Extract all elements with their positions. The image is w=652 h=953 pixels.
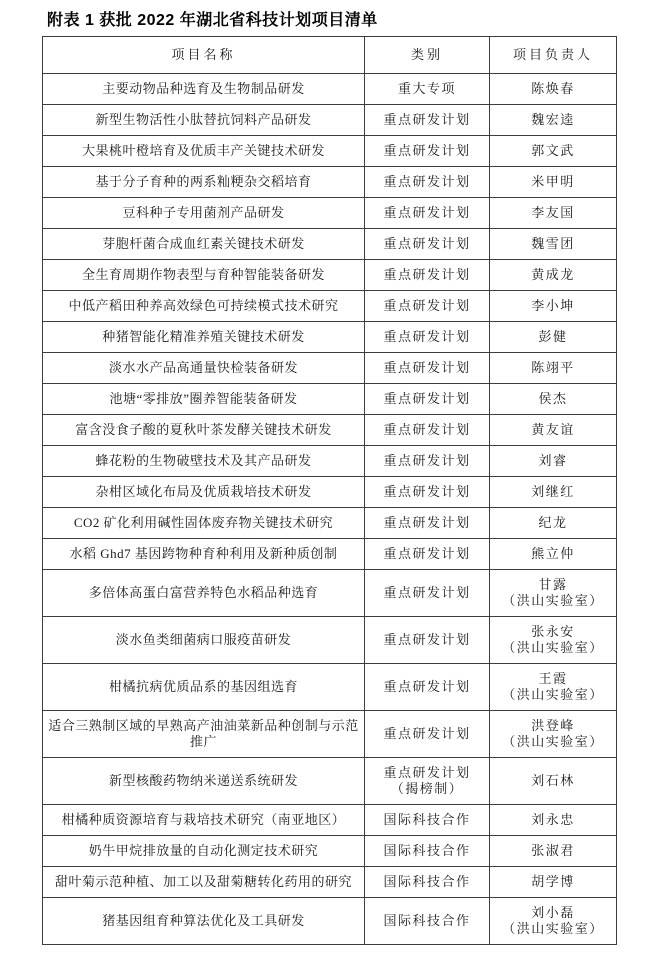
project-name: 适合三熟制区域的早熟高产油油菜新品种创制与示范推广: [48, 718, 359, 749]
leader-cell: 刘继红: [490, 477, 617, 508]
leader-cell: 陈焕春: [490, 74, 617, 105]
table-row: 甜叶菊示范种植、加工以及甜菊糖转化药用的研究 国际科技合作 胡学博: [43, 867, 617, 898]
project-name: 多倍体高蛋白富营养特色水稻品种选育: [89, 585, 319, 600]
project-name-cell: 适合三熟制区域的早熟高产油油菜新品种创制与示范推广: [43, 711, 365, 758]
project-name: 新型核酸药物纳米递送系统研发: [109, 773, 298, 788]
leader: 彭健: [538, 329, 567, 344]
category: 重点研发计划: [383, 585, 470, 600]
table-row: 淡水鱼类细菌病口服疫苗研发 重点研发计划 张永安 （洪山实验室）: [43, 617, 617, 664]
project-name-cell: 种猪智能化精准养殖关键技术研发: [43, 322, 365, 353]
category-cell: 重点研发计划: [365, 508, 490, 539]
project-name-cell: 淡水水产品高通量快检装备研发: [43, 353, 365, 384]
category-cell: 重点研发计划: [365, 539, 490, 570]
category-cell: 国际科技合作: [365, 836, 490, 867]
table-row: 基于分子育种的两系籼粳杂交稻培育 重点研发计划 米甲明: [43, 167, 617, 198]
table-row: 大果桃叶橙培育及优质丰产关键技术研发 重点研发计划 郭文武: [43, 136, 617, 167]
project-name-cell: 猪基因组育种算法优化及工具研发: [43, 898, 365, 945]
leader-cell: 李小坤: [490, 291, 617, 322]
leader: 洪登峰: [531, 718, 575, 733]
project-name-cell: 甜叶菊示范种植、加工以及甜菊糖转化药用的研究: [43, 867, 365, 898]
table-row: 富含没食子酸的夏秋叶茶发酵关键技术研发 重点研发计划 黄友谊: [43, 415, 617, 446]
leader: 李小坤: [531, 298, 575, 313]
leader: 王霞: [538, 671, 567, 686]
leader: 魏雪团: [531, 236, 575, 251]
table-row: 猪基因组育种算法优化及工具研发 国际科技合作 刘小磊 （洪山实验室）: [43, 898, 617, 945]
project-name: 池塘“零排放”圈养智能装备研发: [109, 391, 297, 406]
category: 重点研发计划: [383, 329, 470, 344]
category-cell: 重点研发计划: [365, 198, 490, 229]
project-name: 甜叶菊示范种植、加工以及甜菊糖转化药用的研究: [55, 874, 352, 889]
header-row: 项目名称 类别 项目负责人: [43, 37, 617, 74]
leader: 黄友谊: [531, 422, 575, 437]
category-cell: 重点研发计划: [365, 664, 490, 711]
table-row: 适合三熟制区域的早熟高产油油菜新品种创制与示范推广 重点研发计划 洪登峰 （洪山…: [43, 711, 617, 758]
leader-cell: 洪登峰 （洪山实验室）: [490, 711, 617, 758]
header-leader: 项目负责人: [490, 37, 617, 74]
document-page: 附表 1 获批 2022 年湖北省科技计划项目清单 项目名称 类别 项目负责人 …: [0, 0, 652, 953]
table-row: 芽胞杆菌合成血红素关键技术研发 重点研发计划 魏雪团: [43, 229, 617, 260]
leader: 刘石林: [531, 773, 575, 788]
category-cell: 重大专项: [365, 74, 490, 105]
leader-cell: 彭健: [490, 322, 617, 353]
table-row: 全生育周期作物表型与育种智能装备研发 重点研发计划 黄成龙: [43, 260, 617, 291]
project-name-cell: 大果桃叶橙培育及优质丰产关键技术研发: [43, 136, 365, 167]
leader: 黄成龙: [531, 267, 575, 282]
category: 重点研发计划: [383, 422, 470, 437]
leader-note: （洪山实验室）: [494, 687, 612, 703]
table-row: 新型生物活性小肽替抗饲料产品研发 重点研发计划 魏宏逵: [43, 105, 617, 136]
leader: 刘小磊: [531, 905, 575, 920]
project-name: 蜂花粉的生物破壁技术及其产品研发: [95, 453, 311, 468]
project-name: 全生育周期作物表型与育种智能装备研发: [82, 267, 325, 282]
table-row: 主要动物品种选育及生物制品研发 重大专项 陈焕春: [43, 74, 617, 105]
leader: 陈焕春: [531, 81, 575, 96]
leader-cell: 张永安 （洪山实验室）: [490, 617, 617, 664]
project-name: 芽胞杆菌合成血红素关键技术研发: [102, 236, 305, 251]
category-cell: 重点研发计划: [365, 105, 490, 136]
project-name-cell: 柑橘抗病优质品系的基因组选育: [43, 664, 365, 711]
table-row: 多倍体高蛋白富营养特色水稻品种选育 重点研发计划 甘露 （洪山实验室）: [43, 570, 617, 617]
project-name: 富含没食子酸的夏秋叶茶发酵关键技术研发: [75, 422, 332, 437]
category: 重点研发计划: [383, 360, 470, 375]
table-row: 杂柑区域化布局及优质栽培技术研发 重点研发计划 刘继红: [43, 477, 617, 508]
category-cell: 重点研发计划: [365, 415, 490, 446]
leader-cell: 刘睿: [490, 446, 617, 477]
project-name-cell: 基于分子育种的两系籼粳杂交稻培育: [43, 167, 365, 198]
category-cell: 重点研发计划: [365, 353, 490, 384]
leader: 刘永忠: [531, 812, 575, 827]
project-name: 柑橘种质资源培育与栽培技术研究（南亚地区）: [62, 812, 346, 827]
project-name: 水稻 Ghd7 基因跨物种育种利用及新种质创制: [70, 546, 338, 561]
leader-cell: 陈翊平: [490, 353, 617, 384]
category: 重点研发计划: [383, 515, 470, 530]
table-row: 新型核酸药物纳米递送系统研发 重点研发计划 （揭榜制） 刘石林: [43, 758, 617, 805]
leader-cell: 刘永忠: [490, 805, 617, 836]
category-cell: 重点研发计划: [365, 570, 490, 617]
category: 重点研发计划: [383, 546, 470, 561]
leader-cell: 张淑君: [490, 836, 617, 867]
category-cell: 国际科技合作: [365, 867, 490, 898]
category: 重点研发计划: [383, 205, 470, 220]
leader-cell: 黄友谊: [490, 415, 617, 446]
leader-cell: 纪龙: [490, 508, 617, 539]
project-name-cell: 豆科种子专用菌剂产品研发: [43, 198, 365, 229]
leader-cell: 胡学博: [490, 867, 617, 898]
table-row: 中低产稻田种养高效绿色可持续模式技术研究 重点研发计划 李小坤: [43, 291, 617, 322]
table-row: 柑橘种质资源培育与栽培技术研究（南亚地区） 国际科技合作 刘永忠: [43, 805, 617, 836]
category: 国际科技合作: [383, 843, 470, 858]
category-cell: 重点研发计划: [365, 322, 490, 353]
project-name-cell: 多倍体高蛋白富营养特色水稻品种选育: [43, 570, 365, 617]
table-row: 柑橘抗病优质品系的基因组选育 重点研发计划 王霞 （洪山实验室）: [43, 664, 617, 711]
table-row: 池塘“零排放”圈养智能装备研发 重点研发计划 侯杰: [43, 384, 617, 415]
leader-cell: 魏宏逵: [490, 105, 617, 136]
leader-cell: 熊立仲: [490, 539, 617, 570]
category: 国际科技合作: [383, 874, 470, 889]
leader-cell: 刘石林: [490, 758, 617, 805]
leader: 刘继红: [531, 484, 575, 499]
project-name: 基于分子育种的两系籼粳杂交稻培育: [95, 174, 311, 189]
table-row: 蜂花粉的生物破壁技术及其产品研发 重点研发计划 刘睿: [43, 446, 617, 477]
project-name: 豆科种子专用菌剂产品研发: [122, 205, 284, 220]
header-category: 类别: [365, 37, 490, 74]
leader: 张淑君: [531, 843, 575, 858]
table-body: 主要动物品种选育及生物制品研发 重大专项 陈焕春 新型生物活性小肽替抗饲料产品研…: [43, 74, 617, 945]
project-name-cell: 柑橘种质资源培育与栽培技术研究（南亚地区）: [43, 805, 365, 836]
leader-cell: 黄成龙: [490, 260, 617, 291]
category: 重点研发计划: [383, 236, 470, 251]
table-row: CO2 矿化利用碱性固体废弃物关键技术研究 重点研发计划 纪龙: [43, 508, 617, 539]
project-name: 奶牛甲烷排放量的自动化测定技术研究: [89, 843, 319, 858]
project-table: 项目名称 类别 项目负责人 主要动物品种选育及生物制品研发 重大专项 陈焕春 新…: [42, 36, 617, 945]
leader: 刘睿: [538, 453, 567, 468]
leader: 纪龙: [538, 515, 567, 530]
project-name: 淡水水产品高通量快检装备研发: [109, 360, 298, 375]
project-name: 新型生物活性小肽替抗饲料产品研发: [95, 112, 311, 127]
category-cell: 重点研发计划 （揭榜制）: [365, 758, 490, 805]
category: 重点研发计划: [383, 453, 470, 468]
project-name-cell: 杂柑区域化布局及优质栽培技术研发: [43, 477, 365, 508]
leader-cell: 侯杰: [490, 384, 617, 415]
table-row: 奶牛甲烷排放量的自动化测定技术研究 国际科技合作 张淑君: [43, 836, 617, 867]
category: 重点研发计划: [383, 726, 470, 741]
category-cell: 重点研发计划: [365, 167, 490, 198]
category: 重点研发计划: [383, 298, 470, 313]
category: 国际科技合作: [383, 812, 470, 827]
category: 重点研发计划: [383, 267, 470, 282]
category: 重点研发计划: [383, 765, 470, 780]
category: 重点研发计划: [383, 174, 470, 189]
page-title: 附表 1 获批 2022 年湖北省科技计划项目清单: [0, 0, 652, 36]
category: 重大专项: [398, 81, 456, 96]
leader: 张永安: [531, 624, 575, 639]
category: 重点研发计划: [383, 391, 470, 406]
table-row: 淡水水产品高通量快检装备研发 重点研发计划 陈翊平: [43, 353, 617, 384]
table-header: 项目名称 类别 项目负责人: [43, 37, 617, 74]
project-name-cell: 全生育周期作物表型与育种智能装备研发: [43, 260, 365, 291]
table-row: 种猪智能化精准养殖关键技术研发 重点研发计划 彭健: [43, 322, 617, 353]
leader: 陈翊平: [531, 360, 575, 375]
category-cell: 重点研发计划: [365, 617, 490, 664]
project-name-cell: 水稻 Ghd7 基因跨物种育种利用及新种质创制: [43, 539, 365, 570]
leader: 胡学博: [531, 874, 575, 889]
project-name: CO2 矿化利用碱性固体废弃物关键技术研究: [74, 515, 333, 530]
leader: 郭文武: [531, 143, 575, 158]
leader: 魏宏逵: [531, 112, 575, 127]
leader-cell: 米甲明: [490, 167, 617, 198]
category-cell: 国际科技合作: [365, 805, 490, 836]
project-name: 杂柑区域化布局及优质栽培技术研发: [95, 484, 311, 499]
category: 重点研发计划: [383, 143, 470, 158]
project-name: 大果桃叶橙培育及优质丰产关键技术研发: [82, 143, 325, 158]
project-name-cell: 主要动物品种选育及生物制品研发: [43, 74, 365, 105]
category-cell: 重点研发计划: [365, 477, 490, 508]
leader: 甘露: [538, 577, 567, 592]
category-cell: 国际科技合作: [365, 898, 490, 945]
project-name-cell: 淡水鱼类细菌病口服疫苗研发: [43, 617, 365, 664]
leader-cell: 甘露 （洪山实验室）: [490, 570, 617, 617]
leader-note: （洪山实验室）: [494, 921, 612, 937]
leader-note: （洪山实验室）: [494, 593, 612, 609]
category-cell: 重点研发计划: [365, 446, 490, 477]
category-cell: 重点研发计划: [365, 136, 490, 167]
project-name: 猪基因组育种算法优化及工具研发: [102, 913, 305, 928]
project-name: 主要动物品种选育及生物制品研发: [102, 81, 305, 96]
project-name: 淡水鱼类细菌病口服疫苗研发: [116, 632, 292, 647]
leader: 李友国: [531, 205, 575, 220]
project-name-cell: 奶牛甲烷排放量的自动化测定技术研究: [43, 836, 365, 867]
category-cell: 重点研发计划: [365, 711, 490, 758]
category-cell: 重点研发计划: [365, 229, 490, 260]
category: 重点研发计划: [383, 112, 470, 127]
project-name-cell: 芽胞杆菌合成血红素关键技术研发: [43, 229, 365, 260]
category-cell: 重点研发计划: [365, 291, 490, 322]
leader-cell: 郭文武: [490, 136, 617, 167]
table-row: 水稻 Ghd7 基因跨物种育种利用及新种质创制 重点研发计划 熊立仲: [43, 539, 617, 570]
category: 重点研发计划: [383, 632, 470, 647]
category: 重点研发计划: [383, 679, 470, 694]
leader: 侯杰: [538, 391, 567, 406]
category-cell: 重点研发计划: [365, 384, 490, 415]
leader-note: （洪山实验室）: [494, 734, 612, 750]
project-name-cell: 新型核酸药物纳米递送系统研发: [43, 758, 365, 805]
table-row: 豆科种子专用菌剂产品研发 重点研发计划 李友国: [43, 198, 617, 229]
leader: 米甲明: [531, 174, 575, 189]
category-note: （揭榜制）: [369, 781, 485, 797]
header-project-name: 项目名称: [43, 37, 365, 74]
project-name: 种猪智能化精准养殖关键技术研发: [102, 329, 305, 344]
leader-cell: 王霞 （洪山实验室）: [490, 664, 617, 711]
project-name-cell: 富含没食子酸的夏秋叶茶发酵关键技术研发: [43, 415, 365, 446]
project-name-cell: 新型生物活性小肽替抗饲料产品研发: [43, 105, 365, 136]
category-cell: 重点研发计划: [365, 260, 490, 291]
project-name-cell: CO2 矿化利用碱性固体废弃物关键技术研究: [43, 508, 365, 539]
category: 重点研发计划: [383, 484, 470, 499]
leader-cell: 魏雪团: [490, 229, 617, 260]
project-name-cell: 池塘“零排放”圈养智能装备研发: [43, 384, 365, 415]
category: 国际科技合作: [383, 913, 470, 928]
project-name: 柑橘抗病优质品系的基因组选育: [109, 679, 298, 694]
leader-cell: 李友国: [490, 198, 617, 229]
leader-note: （洪山实验室）: [494, 640, 612, 656]
project-name-cell: 中低产稻田种养高效绿色可持续模式技术研究: [43, 291, 365, 322]
project-name-cell: 蜂花粉的生物破壁技术及其产品研发: [43, 446, 365, 477]
leader-cell: 刘小磊 （洪山实验室）: [490, 898, 617, 945]
project-name: 中低产稻田种养高效绿色可持续模式技术研究: [68, 298, 338, 313]
leader: 熊立仲: [531, 546, 575, 561]
